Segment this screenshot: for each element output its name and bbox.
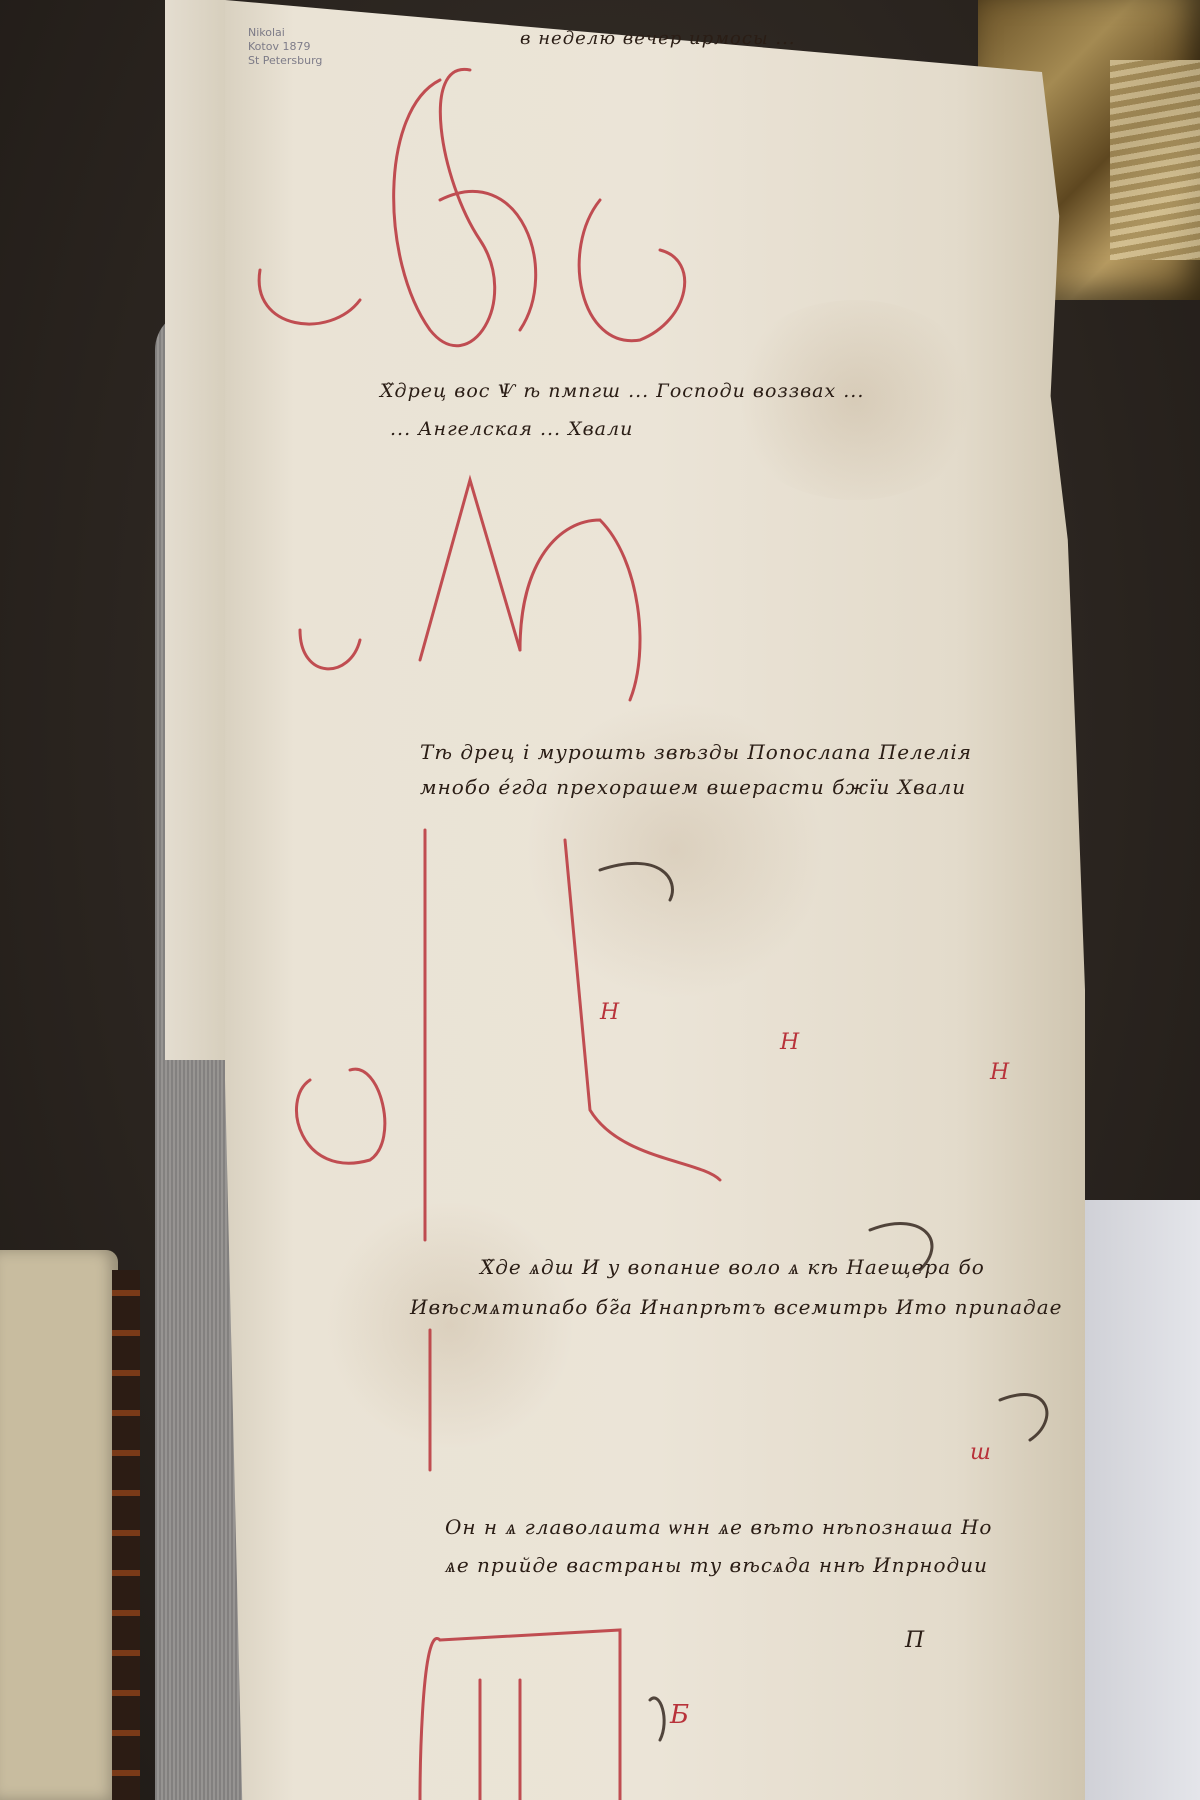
neume-mark: ш	[970, 1440, 992, 1465]
text-line-5: Х̃де ѧдш И у вопание воло ѧ кѣ Наещера б…	[480, 1255, 985, 1280]
neume-mark: Б	[670, 1700, 690, 1730]
neume-mark: П	[905, 1628, 925, 1653]
text-line-4: мнобо е́гда прехорашем вшерасти бжїи Хва…	[420, 775, 966, 799]
text-line-6: Ивѣсмѧтипабо бг̃а Инапрѣтъ всемитрь Ито …	[410, 1295, 1063, 1320]
text-line-2: ... Ангелская ... Хвали	[390, 418, 633, 440]
text-line-3: Тѣ дрец і мурошть звѣзды Попослапа Пелел…	[420, 740, 972, 764]
neume-mark: Н	[990, 1060, 1010, 1085]
neume-mark: Н	[600, 1000, 620, 1025]
header-line: в неделю вечер ирмосы ...	[520, 28, 796, 49]
text-line-7: Он н ѧ главолаита ѡнн ѧе вѣто нѣпознаша …	[445, 1515, 992, 1540]
neume-mark: Н	[780, 1030, 800, 1055]
text-line-8: ѧе прийде вастраны ту вѣсѧда ннѣ Ипрноди…	[445, 1553, 988, 1578]
text-line-1: Х̃дрец вос Ѱ ѣ пмпгш ... Господи воззвах…	[380, 380, 864, 402]
